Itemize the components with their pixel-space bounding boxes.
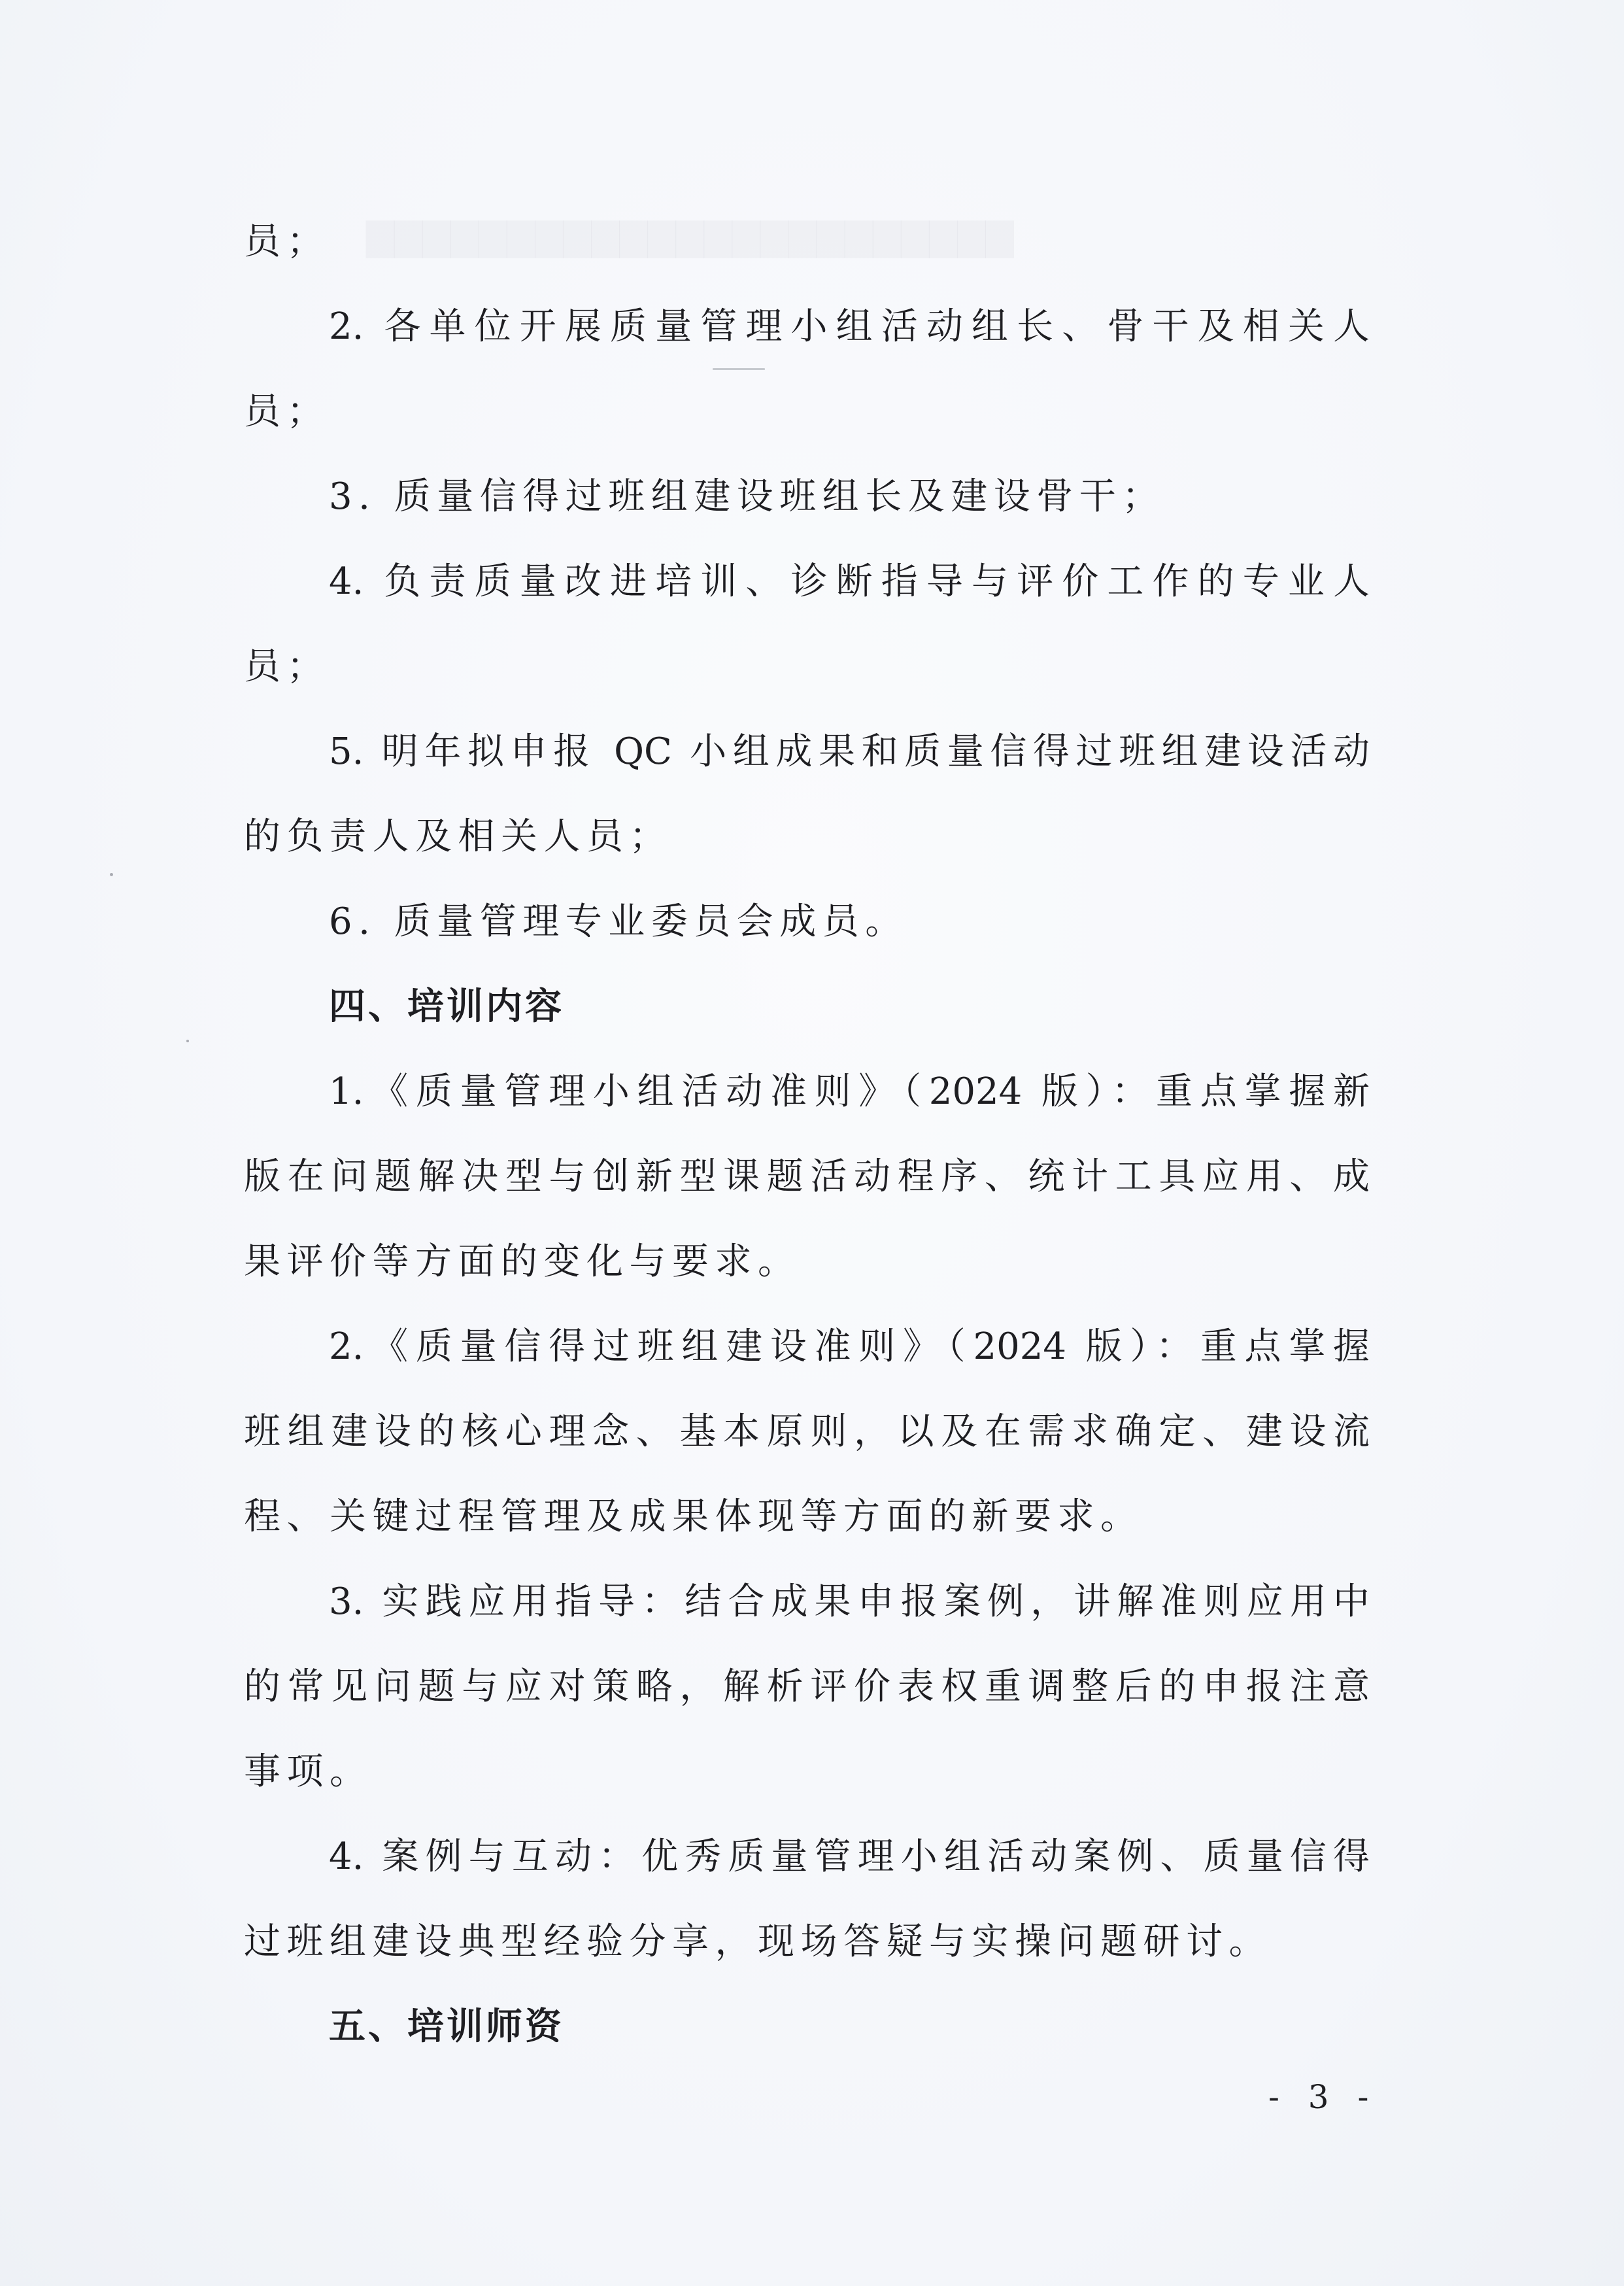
list-item-participants-5: 5. 明年拟申报 QC 小组成果和质量信得过班组建设活动 [244,709,1370,794]
list-item-participants-4: 4. 负责质量改进培训、诊断指导与评价工作的专业人 [244,539,1370,624]
text-line: 的常见问题与应对策略，解析评价表权重调整后的申报注意 [244,1645,1370,1730]
list-item-content-2: 2.《质量信得过班组建设准则》（2024 版）：重点掌握 [244,1305,1370,1390]
text-line: 果评价等方面的变化与要求。 [244,1220,1370,1305]
text-line: 员； [244,199,1370,284]
text-line: 员； [244,624,1370,709]
section-heading-training-faculty: 五、培训师资 [244,1985,1370,2070]
scan-speck [186,1040,189,1042]
scan-speck [110,873,113,876]
text-line: 过班组建设典型经验分享，现场答疑与实操问题研讨。 [244,1900,1370,1985]
list-item-participants-3: 3. 质量信得过班组建设班组长及建设骨干； [244,454,1370,539]
text-line: 员； [244,369,1370,454]
text-line: 班组建设的核心理念、基本原则，以及在需求确定、建设流 [244,1390,1370,1475]
scanned-page: ▇▇▇▇▇▇▇▇▇▇▇▇▇▇▇▇▇▇▇▇▇▇▇ 员； 2. 各单位开展质量管理小… [0,0,1624,2286]
page-number: - 3 - [1268,2078,1378,2116]
text-line: 程、关键过程管理及成果体现等方面的新要求。 [244,1475,1370,1560]
text-line: 的负责人及相关人员； [244,794,1370,879]
list-item-participants-6: 6. 质量管理专业委员会成员。 [244,879,1370,964]
list-item-content-3: 3. 实践应用指导：结合成果申报案例，讲解准则应用中 [244,1560,1370,1645]
list-item-participants-2: 2. 各单位开展质量管理小组活动组长、骨干及相关人 [244,284,1370,369]
text-line: 版在问题解决型与创新型课题活动程序、统计工具应用、成 [244,1134,1370,1220]
list-item-content-4: 4. 案例与互动：优秀质量管理小组活动案例、质量信得 [244,1815,1370,1900]
list-item-content-1: 1.《质量管理小组活动准则》（2024 版）：重点掌握新 [244,1049,1370,1134]
text-line: 事项。 [244,1730,1370,1815]
section-heading-training-content: 四、培训内容 [244,964,1370,1049]
document-body: 员； 2. 各单位开展质量管理小组活动组长、骨干及相关人 员； 3. 质量信得过… [244,199,1370,2070]
